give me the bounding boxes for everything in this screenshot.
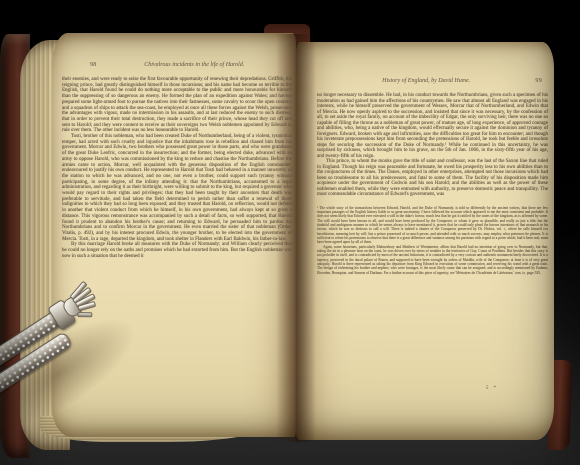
body-paragraph: This prince, to whom the monks gave the … [317, 159, 548, 198]
left-running-title: Chivalrous incidents in the life of Haro… [97, 62, 292, 68]
body-paragraph: no longer necessary to dissemble. He had… [317, 93, 548, 159]
body-paragraph: By this marriage Harold broke all measur… [62, 242, 292, 259]
footnote-block: ¹ The whole story of the transactions be… [317, 203, 548, 276]
body-paragraph: Tosti, brother of this nobleman, who had… [62, 134, 292, 242]
left-page-number: 98 [90, 62, 97, 68]
left-running-head: 98 Chivalrous incidents in the life of H… [62, 62, 292, 68]
left-page-text-column: 98 Chivalrous incidents in the life of H… [62, 62, 292, 260]
right-running-head: History of England, by David Hume. 99 [317, 78, 548, 84]
bookmark-hand-thumb [77, 312, 92, 318]
footnote-paragraph: ¹ The whole story of the transactions be… [317, 206, 548, 245]
right-page-body: no longer necessary to dissemble. He had… [317, 93, 548, 198]
left-page-body: their enemies, and were ready to seize t… [62, 77, 292, 260]
right-page-text-column: History of England, by David Hume. 99 no… [317, 78, 548, 275]
signature-mark: 5 * [470, 386, 514, 391]
book-photograph: 98 Chivalrous incidents in the life of H… [0, 0, 580, 465]
footnote-paragraph: Again, some historians, particularly Mal… [317, 245, 548, 275]
right-page-number: 99 [535, 78, 542, 84]
body-paragraph: their enemies, and were ready to seize t… [62, 77, 292, 134]
right-running-title: History of England, by David Hume. [317, 78, 535, 84]
